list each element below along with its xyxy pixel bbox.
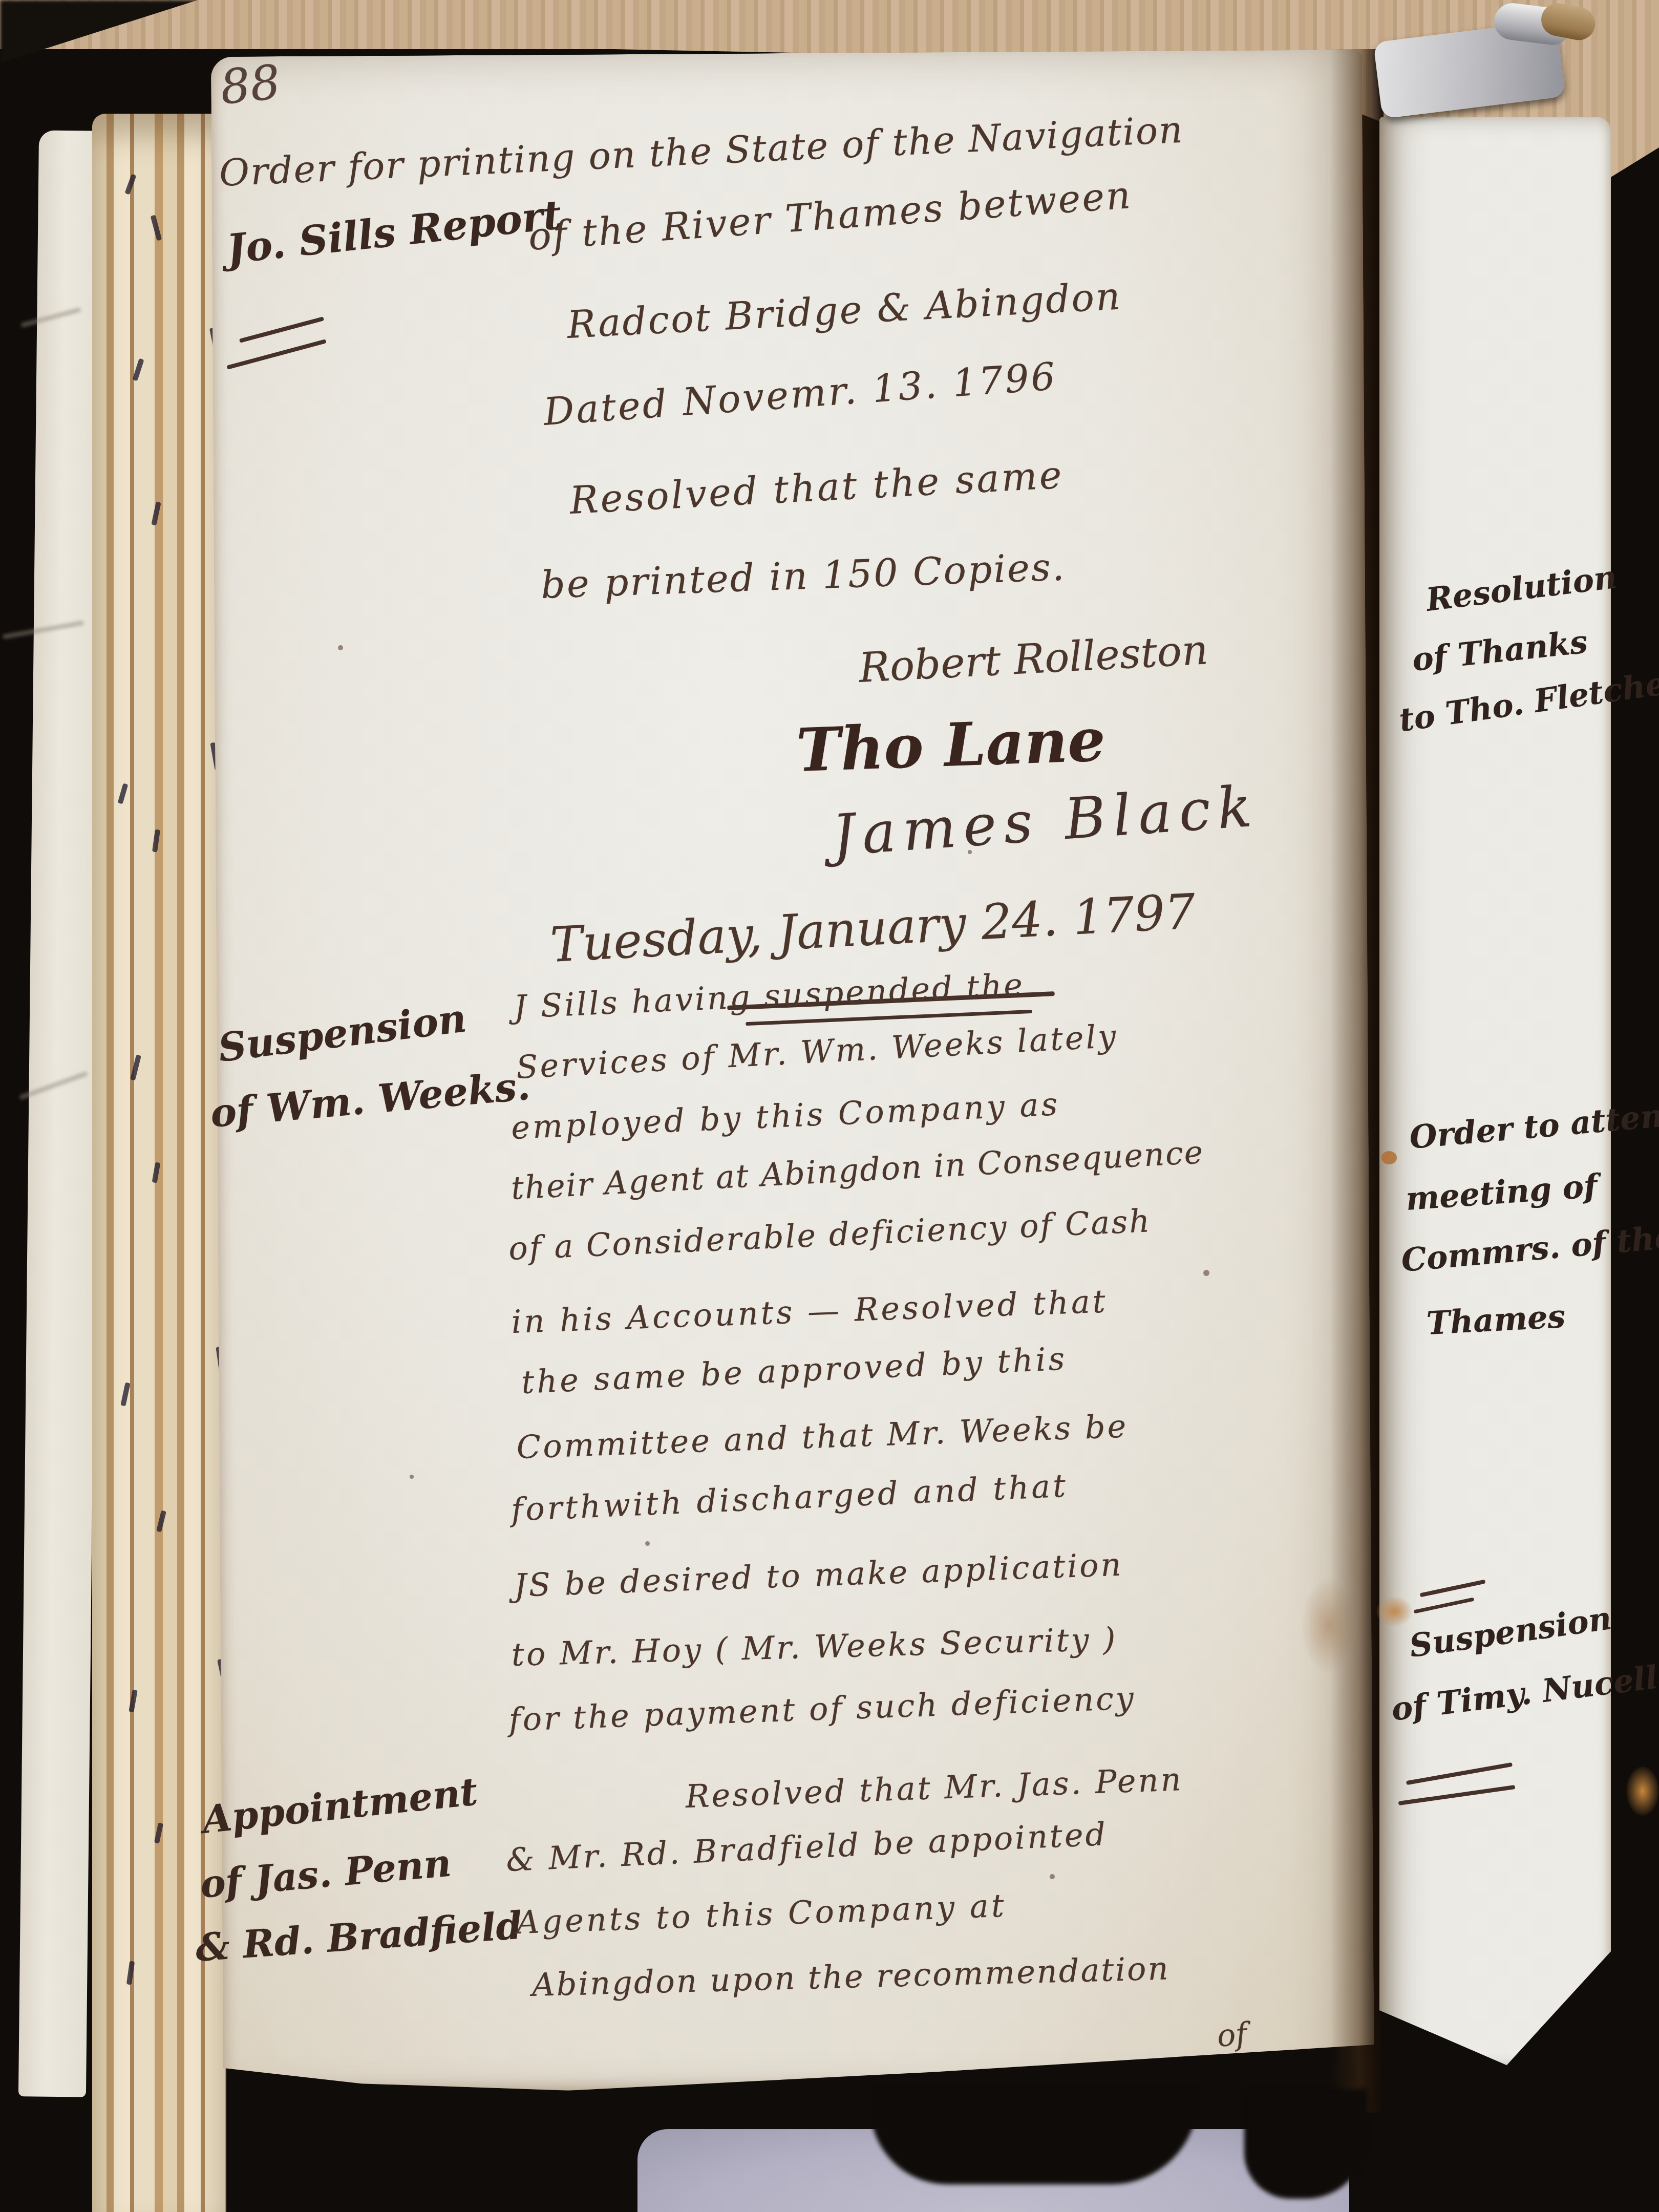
stain [1376,1597,1412,1626]
signature: Tho Lane [795,705,1107,785]
stain [1301,1577,1357,1674]
stain [1626,1767,1659,1816]
gutter-shadow [1330,49,1384,2113]
right-page [1379,117,1611,2079]
stain [1381,1151,1397,1164]
manuscript-photo: 88 Order for printing on the State of th… [0,0,1659,2212]
catchword: of [1216,2016,1248,2054]
page-number: 88 [218,54,283,115]
right-margin-note: Thames [1426,1298,1566,1342]
page-bottom-shadow [870,2089,1198,2184]
